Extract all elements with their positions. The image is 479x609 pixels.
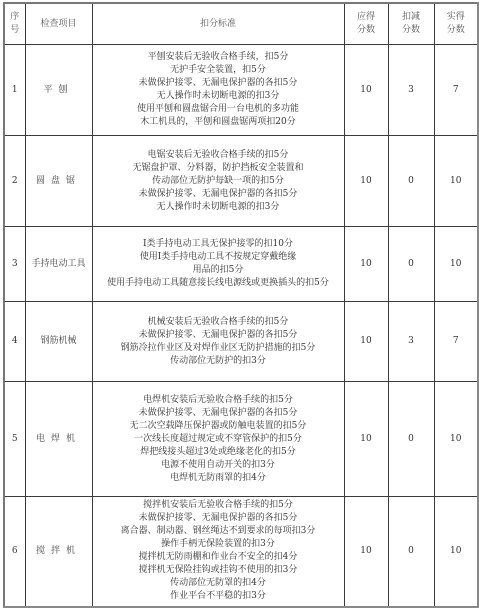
row-actual-score: 7 [434, 302, 478, 382]
criteria-line: 传动部位无防罩的扣4分 [93, 577, 344, 590]
criteria-line: Ⅰ类手持电动工具无保护接零的扣10分 [93, 238, 344, 251]
inspection-table: 序 号 检查项目 扣分标准 应得 分数 扣减 分数 实得 分数 1 平刨 [3, 2, 479, 608]
header-seq-line1: 序 [5, 11, 25, 24]
header-seq: 序 号 [4, 3, 25, 45]
row-item: 钢筋机械 [25, 302, 92, 382]
row-actual-score: 7 [434, 45, 478, 136]
criteria-line: 电焊机无防雨罩的扣4分 [93, 472, 344, 485]
criteria-line: 钢筋冷拉作业区及对焊作业区无防护措施的扣5分 [93, 342, 344, 355]
row-deduct-score: 0 [388, 497, 434, 607]
header-actual-line2: 分数 [435, 24, 478, 37]
row-seq: 6 [4, 497, 25, 607]
criteria-line: 使用平刨和圆盘锯合用一台电机的多功能 [93, 103, 344, 116]
row-deduct-score: 0 [388, 227, 434, 302]
criteria-line: 操作手柄无保险装置的扣3分 [93, 538, 344, 551]
row-actual-score: 10 [434, 227, 478, 302]
criteria-line: 无人操作时未切断电源的扣3分 [93, 201, 344, 214]
row-actual-score: 10 [434, 136, 478, 227]
row-item: 手持电动工具 [25, 227, 92, 302]
criteria-line: 机械安装后无验收合格手续的扣5分 [93, 316, 344, 329]
criteria-line: 未做保护接零、无漏电保护器的各扣5分 [93, 188, 344, 201]
criteria-line: 使用Ⅰ类手持电动工具不按规定穿戴绝缘 [93, 251, 344, 264]
row-due-score: 10 [344, 227, 388, 302]
row-item: 电焊机 [25, 382, 92, 497]
header-deduct-score: 扣减 分数 [388, 3, 434, 45]
criteria-line: 无二次空载降压保护器或防触电装置的扣5分 [93, 420, 344, 433]
criteria-line: 离合器、制动器、钢丝绳达不到要求的每项扣3分 [93, 525, 344, 538]
criteria-line: 搅拌机无防雨棚和作业台不安全的扣4分 [93, 551, 344, 564]
header-due-line2: 分数 [345, 24, 388, 37]
header-criteria: 扣分标准 [92, 3, 344, 45]
header-seq-line2: 号 [5, 24, 25, 37]
header-due-line1: 应得 [345, 11, 388, 24]
table-row: 2 圆盘锯 电锯安装后无验收合格手续的扣5分 无锯盘护罩、分料器，防护挡板安全装… [4, 136, 478, 227]
row-due-score: 10 [344, 45, 388, 136]
criteria-line: 未做保护接零、无漏电保护器的各扣5分 [93, 512, 344, 525]
header-actual-line1: 实得 [435, 11, 478, 24]
table-row: 6 搅拌机 搅拌机安装后无验收合格手续的扣5分 未做保护接零、无漏电保护器的各扣… [4, 497, 478, 607]
row-deduct-score: 3 [388, 302, 434, 382]
criteria-line: 传动部位无防护的扣3分 [93, 355, 344, 368]
criteria-line: 电源不使用自动开关的扣3分 [93, 459, 344, 472]
criteria-line: 未做保护接零、无漏电保护器的各扣5分 [93, 329, 344, 342]
row-due-score: 10 [344, 497, 388, 607]
criteria-line: 使用手持电动工具随意接长线电源线或更换插头的扣5分 [93, 277, 344, 290]
row-seq: 4 [4, 302, 25, 382]
criteria-line: 木工机具的，平刨和圆盘锯两项扣20分 [93, 116, 344, 129]
row-item: 平刨 [25, 45, 92, 136]
row-item: 搅拌机 [25, 497, 92, 607]
table-row: 4 钢筋机械 机械安装后无验收合格手续的扣5分 未做保护接零、无漏电保护器的各扣… [4, 302, 478, 382]
row-item: 圆盘锯 [25, 136, 92, 227]
criteria-line: 电焊机安装后无验收合格手续的扣5分 [93, 394, 344, 407]
row-criteria: 搅拌机安装后无验收合格手续的扣5分 未做保护接零、无漏电保护器的各扣5分 离合器… [92, 497, 344, 607]
row-seq: 1 [4, 45, 25, 136]
row-criteria: 电焊机安装后无验收合格手续的扣5分 未做保护接零、无漏电保护器的各扣5分 无二次… [92, 382, 344, 497]
criteria-line: 一次线长度超过规定或不穿管保护的扣5分 [93, 433, 344, 446]
header-deduct-line1: 扣减 [389, 11, 434, 24]
row-deduct-score: 0 [388, 136, 434, 227]
row-actual-score: 10 [434, 382, 478, 497]
row-seq: 3 [4, 227, 25, 302]
row-seq: 2 [4, 136, 25, 227]
criteria-line: 未做保护接零、无漏电保护器的各扣5分 [93, 407, 344, 420]
row-due-score: 10 [344, 136, 388, 227]
header-item: 检查项目 [25, 3, 92, 45]
row-criteria: 机械安装后无验收合格手续的扣5分 未做保护接零、无漏电保护器的各扣5分 钢筋冷拉… [92, 302, 344, 382]
header-deduct-line2: 分数 [389, 24, 434, 37]
row-due-score: 10 [344, 302, 388, 382]
criteria-line: 搅拌机无保险挂钩或挂钩不使用的扣3分 [93, 564, 344, 577]
criteria-line: 传动部位无防护每缺一项的扣5分 [93, 175, 344, 188]
header-actual-score: 实得 分数 [434, 3, 478, 45]
criteria-line: 作业平台不平稳的扣3分 [93, 590, 344, 603]
criteria-line: 搅拌机安装后无验收合格手续的扣5分 [93, 499, 344, 512]
table-row: 5 电焊机 电焊机安装后无验收合格手续的扣5分 未做保护接零、无漏电保护器的各扣… [4, 382, 478, 497]
criteria-line: 电锯安装后无验收合格手续的扣5分 [93, 149, 344, 162]
criteria-line: 用品的扣5分 [93, 264, 344, 277]
criteria-line: 平刨安装后无验收合格手续，扣5分 [93, 51, 344, 64]
row-criteria: 电锯安装后无验收合格手续的扣5分 无锯盘护罩、分料器，防护挡板安全装置和 传动部… [92, 136, 344, 227]
row-seq: 5 [4, 382, 25, 497]
criteria-line: 无人操作时未切断电源的扣3分 [93, 90, 344, 103]
table-row: 1 平刨 平刨安装后无验收合格手续，扣5分 无护手安全装置，扣5分 未做保护接零… [4, 45, 478, 136]
criteria-line: 无护手安全装置，扣5分 [93, 64, 344, 77]
row-deduct-score: 0 [388, 382, 434, 497]
header-row: 序 号 检查项目 扣分标准 应得 分数 扣减 分数 实得 分数 [4, 3, 478, 45]
row-actual-score: 10 [434, 497, 478, 607]
criteria-line: 无锯盘护罩、分料器，防护挡板安全装置和 [93, 162, 344, 175]
row-due-score: 10 [344, 382, 388, 497]
row-criteria: Ⅰ类手持电动工具无保护接零的扣10分 使用Ⅰ类手持电动工具不按规定穿戴绝缘 用品… [92, 227, 344, 302]
row-criteria: 平刨安装后无验收合格手续，扣5分 无护手安全装置，扣5分 未做保护接零、无漏电保… [92, 45, 344, 136]
row-deduct-score: 3 [388, 45, 434, 136]
table-row: 3 手持电动工具 Ⅰ类手持电动工具无保护接零的扣10分 使用Ⅰ类手持电动工具不按… [4, 227, 478, 302]
header-due-score: 应得 分数 [344, 3, 388, 45]
criteria-line: 焊把线接头超过3处或绝缘老化的扣5分 [93, 446, 344, 459]
criteria-line: 未做保护接零、无漏电保护器的各扣5分 [93, 77, 344, 90]
